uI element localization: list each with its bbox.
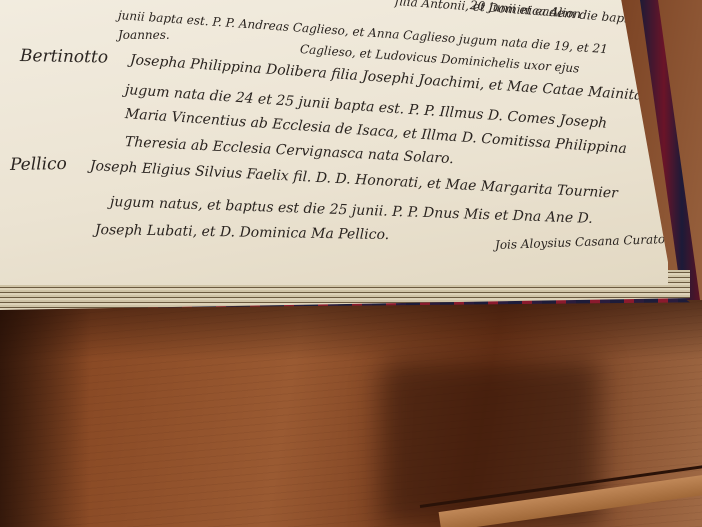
- entry-2-line-3: Joseph Lubati, et D. Dominica Ma Pellico…: [95, 222, 389, 243]
- top-line-4: Joannes.: [118, 28, 170, 42]
- curator-signature: Jois Aloysius Casana Curator: [495, 232, 671, 252]
- register-page: filia Antonii, et Dominica Alion 20 juni…: [0, 0, 668, 285]
- entry-surname-bertinotto: Bertinotto: [20, 46, 108, 68]
- top-line-2: 20 junii et eadem die bapta: [469, 0, 636, 26]
- entry-surname-pellico: Pellico: [10, 154, 67, 175]
- left-shadow: [0, 300, 90, 527]
- entry-2-line-2: jugum natus, et baptus est die 25 junii.…: [110, 194, 593, 227]
- book-shadow: [0, 300, 702, 360]
